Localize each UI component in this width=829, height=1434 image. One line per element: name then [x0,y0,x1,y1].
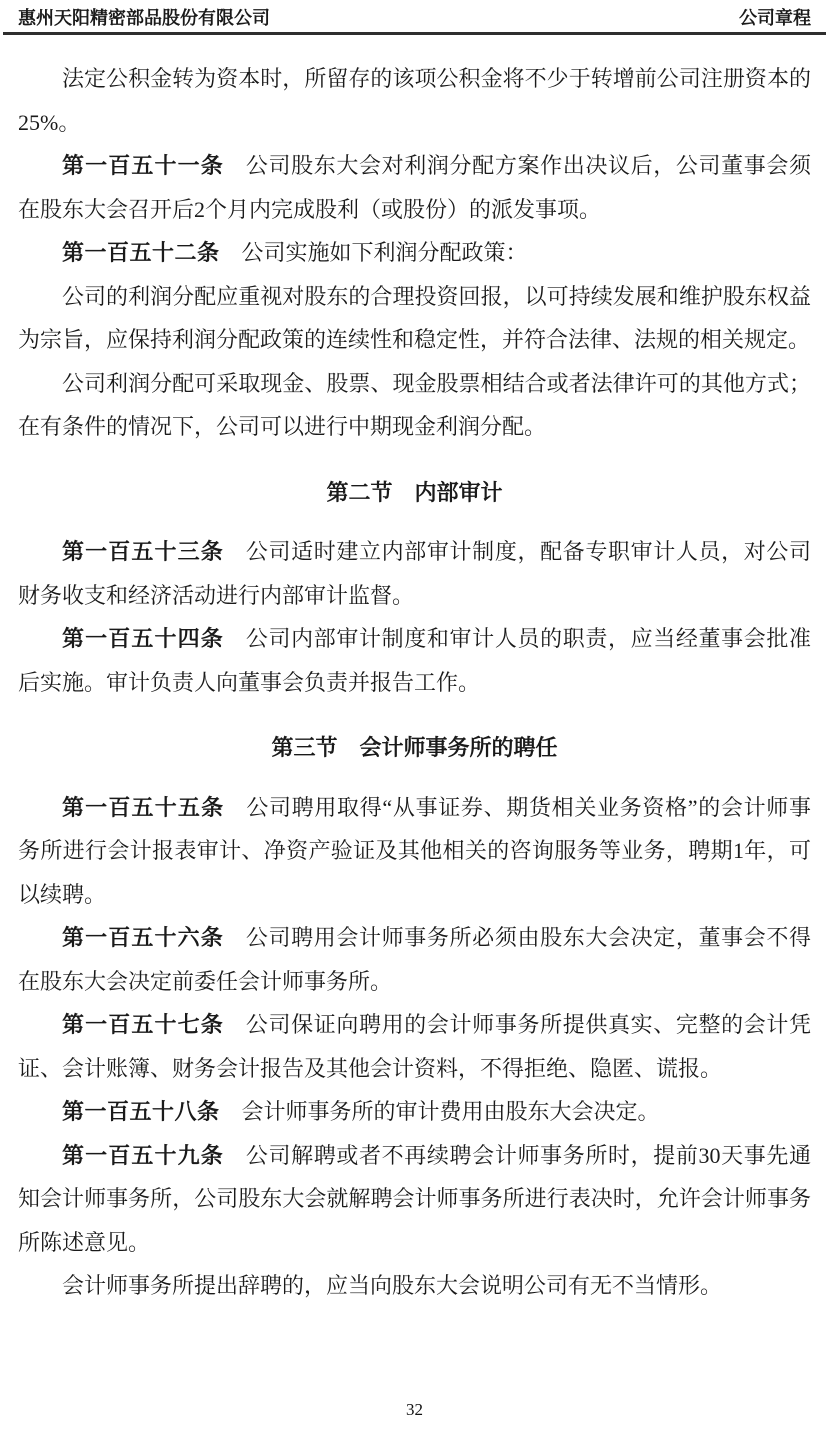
page-header: 惠州天阳精密部品股份有限公司 公司章程 [0,0,829,32]
article-number: 第一百五十一条 [62,153,224,178]
article-number: 第一百五十八条 [62,1099,220,1124]
page-number: 32 [0,1398,829,1422]
article-paragraph: 第一百五十二条公司实施如下利润分配政策： [18,231,811,275]
article-paragraph: 第一百五十七条公司保证向聘用的会计师事务所提供真实、完整的会计凭证、会计账簿、财… [18,1003,811,1090]
article-number: 第一百五十六条 [62,925,224,950]
section-number: 第二节 [326,480,392,505]
document-page: 惠州天阳精密部品股份有限公司 公司章程 法定公积金转为资本时，所留存的该项公积金… [0,0,829,1434]
article-paragraph: 第一百五十六条公司聘用会计师事务所必须由股东大会决定，董事会不得在股东大会决定前… [18,916,811,1003]
article-number: 第一百五十七条 [62,1012,224,1037]
article-paragraph: 第一百五十九条公司解聘或者不再续聘会计师事务所时，提前30天事先通知会计师事务所… [18,1134,811,1265]
article-number: 第一百五十九条 [62,1143,224,1168]
article-number: 第一百五十三条 [62,539,224,564]
document-body: 法定公积金转为资本时，所留存的该项公积金将不少于转增前公司注册资本的25%。 第… [0,35,829,1308]
section-title: 内部审计 [415,480,503,505]
section-heading: 第三节会计师事务所的聘任 [18,726,811,770]
body-paragraph: 公司利润分配可采取现金、股票、现金股票相结合或者法律许可的其他方式；在有条件的情… [18,362,811,449]
body-paragraph: 会计师事务所提出辞聘的，应当向股东大会说明公司有无不当情形。 [18,1264,811,1308]
article-paragraph: 第一百五十五条公司聘用取得“从事证券、期货相关业务资格”的会计师事务所进行会计报… [18,786,811,917]
article-paragraph: 第一百五十一条公司股东大会对利润分配方案作出决议后，公司董事会须在股东大会召开后… [18,144,811,231]
body-paragraph: 公司的利润分配应重视对股东的合理投资回报，以可持续发展和维护股东权益为宗旨，应保… [18,275,811,362]
article-paragraph: 第一百五十三条公司适时建立内部审计制度，配备专职审计人员，对公司财务收支和经济活… [18,530,811,617]
section-heading: 第二节内部审计 [18,471,811,515]
article-paragraph: 第一百五十四条公司内部审计制度和审计人员的职责，应当经董事会批准后实施。审计负责… [18,617,811,704]
section-number: 第三节 [271,735,337,760]
article-number: 第一百五十五条 [62,795,224,820]
article-number: 第一百五十二条 [62,240,220,265]
section-title: 会计师事务所的聘任 [360,735,558,760]
article-paragraph: 第一百五十八条会计师事务所的审计费用由股东大会决定。 [18,1090,811,1134]
article-text: 公司实施如下利润分配政策： [242,240,528,265]
header-company-name: 惠州天阳精密部品股份有限公司 [18,7,270,29]
article-number: 第一百五十四条 [62,626,224,651]
body-paragraph: 法定公积金转为资本时，所留存的该项公积金将不少于转增前公司注册资本的25%。 [18,57,811,144]
header-doc-title: 公司章程 [739,7,811,29]
article-text: 会计师事务所的审计费用由股东大会决定。 [242,1099,660,1124]
